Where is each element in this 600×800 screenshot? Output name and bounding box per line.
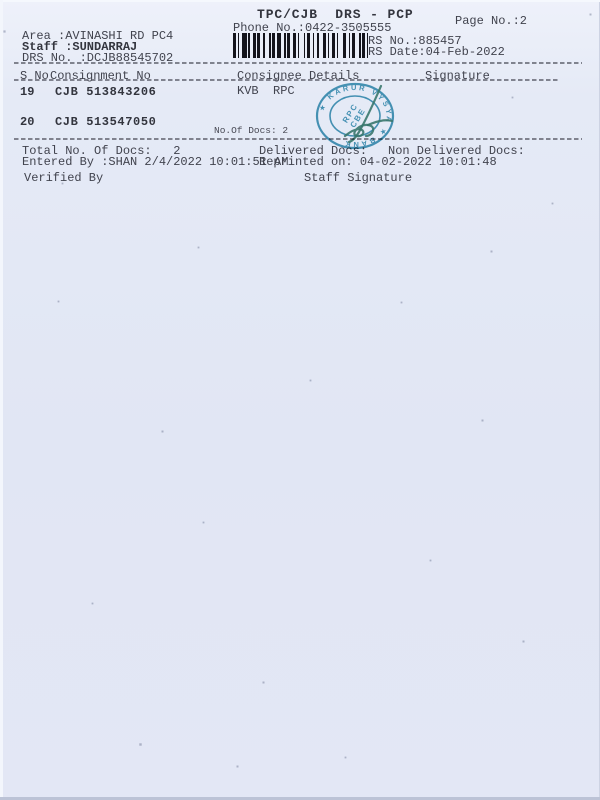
verified-by-label: Verified By: [24, 172, 103, 185]
entered-by-label: Entered By :SHAN 2/4/2022 10:01:51 AM: [22, 156, 288, 169]
barcode: [233, 33, 368, 58]
row-consignment-no: CJB 513843206: [55, 86, 156, 99]
separator-line-top: [14, 62, 582, 64]
bank-stamp: ★ KARUR VYSYA ★ BANK RPC CBE: [305, 74, 405, 158]
row-sno: 20: [20, 116, 34, 129]
row-consignment-no: CJB 513547050: [55, 116, 156, 129]
scanned-delivery-run-sheet: TPC/CJB DRS - PCP Phone No.:0422-3505555…: [0, 0, 600, 800]
rs-date: RS Date:04-Feb-2022: [368, 46, 505, 59]
staff-signature-label: Staff Signature: [304, 172, 412, 185]
separator-line-bottom: [14, 138, 582, 140]
page-title: TPC/CJB DRS - PCP: [257, 8, 414, 22]
separator-line-header: [14, 79, 558, 81]
page-number: Page No.:2: [455, 15, 527, 28]
scan-noise-speckles: [0, 0, 1, 1]
row-sno: 19: [20, 86, 34, 99]
row-consignee: KVB RPC: [237, 85, 295, 98]
row-docs-note: No.Of Docs: 2: [214, 126, 288, 136]
